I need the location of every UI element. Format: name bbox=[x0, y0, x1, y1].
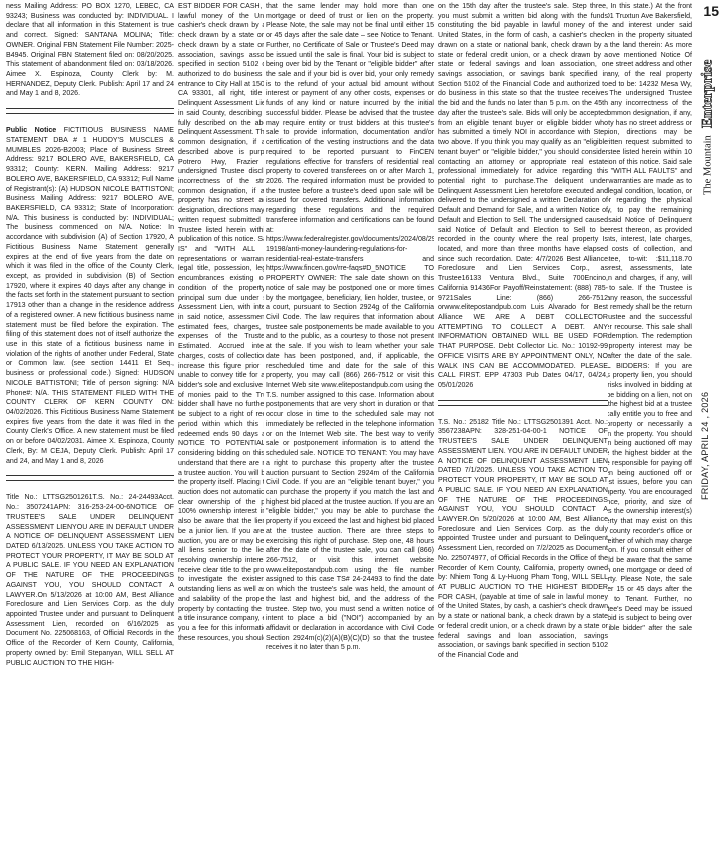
column-1: ness Mailing Address: PO BOX 1270, LEBEC… bbox=[6, 2, 174, 851]
notice-trustee-sale-24493-part2b: EST BIDDER FOR CASH, (payable at time of… bbox=[178, 2, 260, 643]
notice-trustee-sale-25182-part1: T.S. No.: 25182 Title No.: LTTSG2501391 … bbox=[438, 418, 608, 661]
notice-divider bbox=[438, 400, 608, 406]
column-3-block: that the same lender may hold more than … bbox=[264, 2, 434, 851]
page-margin-header: 15 The Mountain Enterprise FRIDAY, APRIL… bbox=[695, 0, 723, 851]
notice-heading: Public Notice bbox=[6, 127, 56, 134]
publication-masthead: The Mountain Enterprise bbox=[697, 60, 719, 380]
notice-divider bbox=[6, 108, 174, 114]
masthead-prefix: The Mountain bbox=[703, 135, 714, 195]
column-4-block: on the 15th day after the trustee's sale… bbox=[436, 2, 608, 851]
notice-fbn-huddys: Public Notice FICTITIOUS BUSINESS NAME S… bbox=[6, 126, 174, 466]
notice-divider bbox=[6, 475, 174, 481]
notice-trustee-sale-24493-part4: on the 15th day after the trustee's sale… bbox=[438, 2, 608, 391]
masthead-name: Enterprise bbox=[700, 60, 717, 128]
issue-date: FRIDAY, APRIL 24 , 2026 bbox=[700, 350, 710, 500]
notice-trustee-sale-24493-part3b: that the same lender may hold more than … bbox=[266, 2, 434, 653]
notice-body: FICTITIOUS BUSINESS NAME STATEMENT DBA #… bbox=[6, 127, 174, 464]
notice-trustee-sale-24493-part1: Title No.: LTTSG2501261T.S. No.: 24-2449… bbox=[6, 493, 174, 668]
page-number: 15 bbox=[703, 3, 719, 19]
notice-fbn-abandonment: ness Mailing Address: PO BOX 1270, LEBEC… bbox=[6, 2, 174, 99]
column-2-block: EST BIDDER FOR CASH, (payable at time of… bbox=[178, 2, 260, 851]
